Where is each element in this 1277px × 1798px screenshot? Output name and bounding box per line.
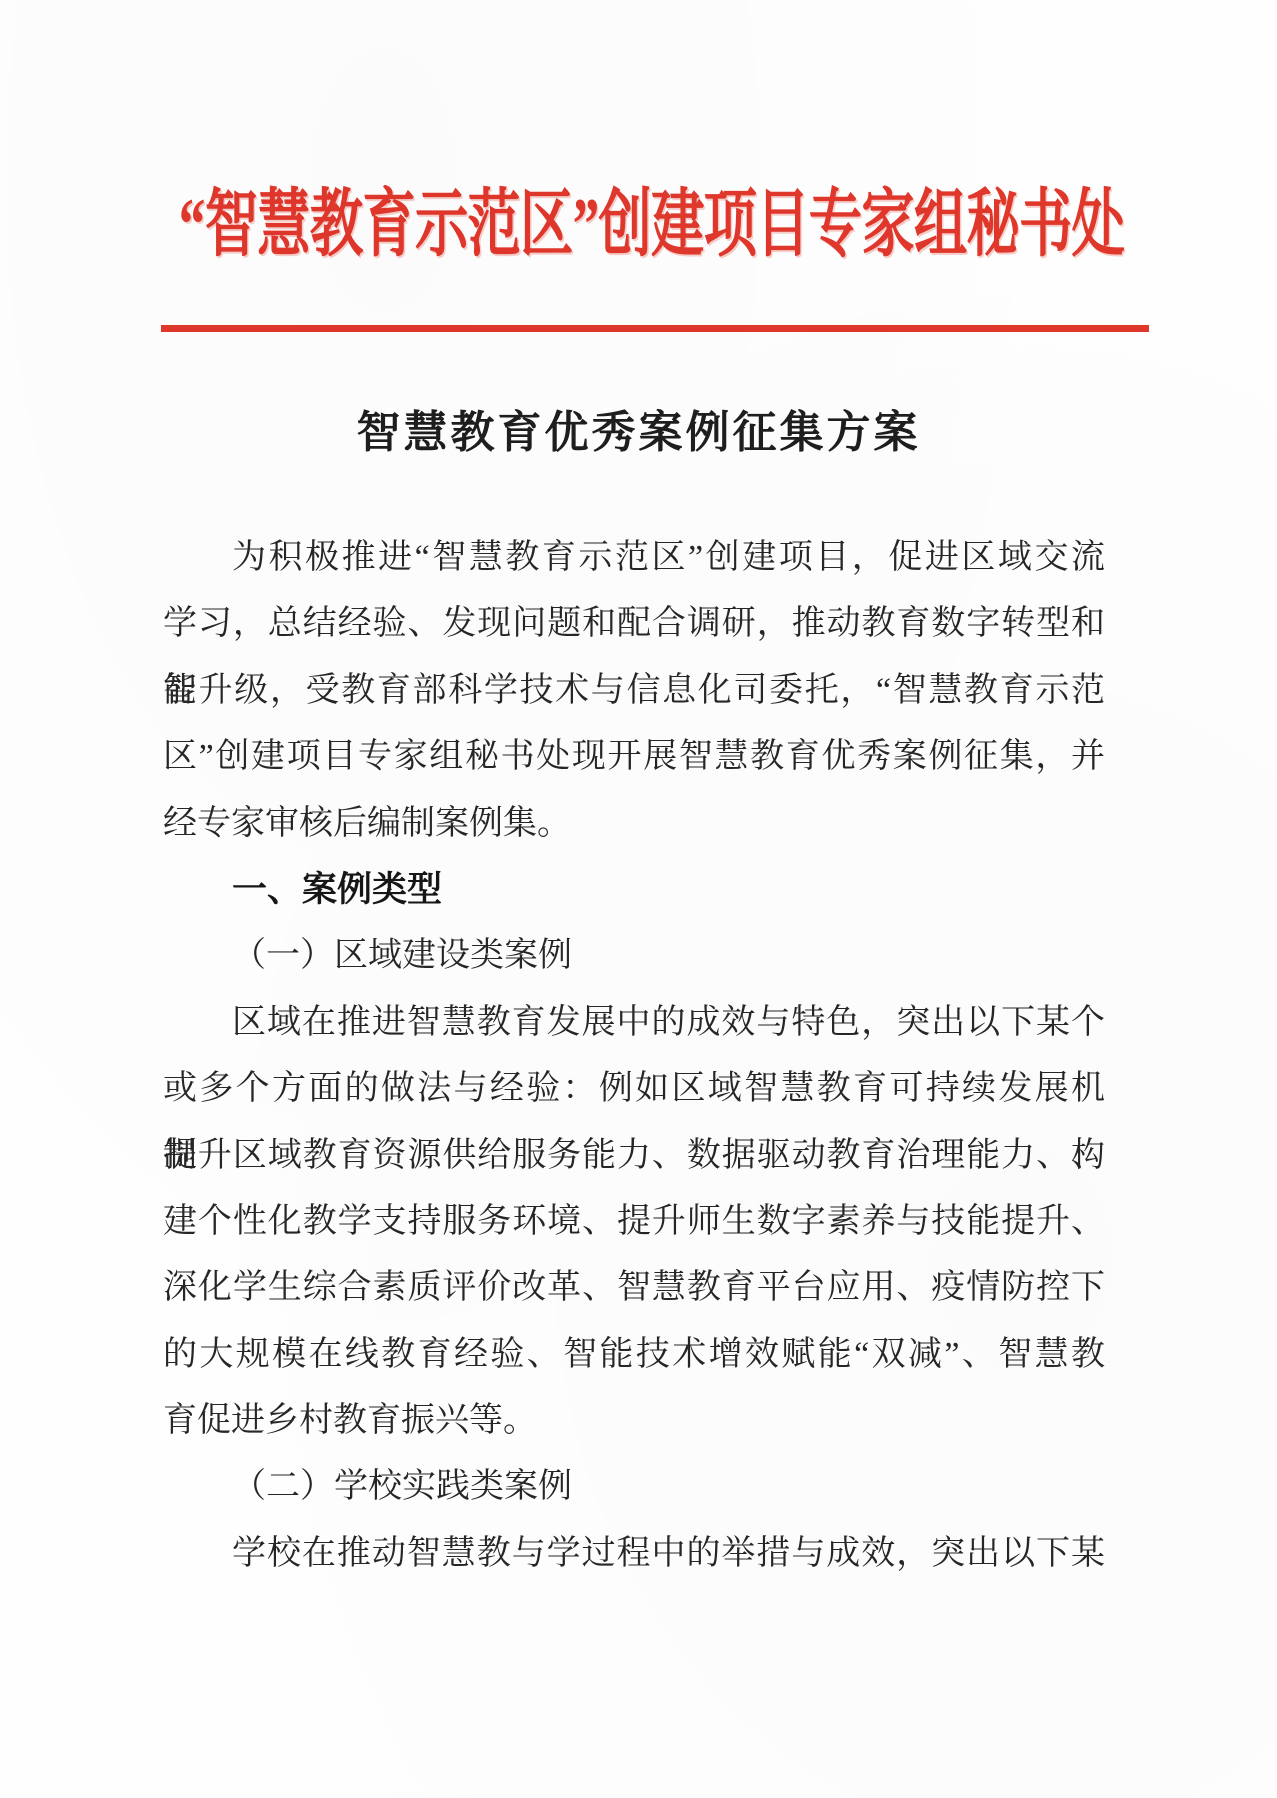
text-line: 的大规模在线教育经验、智能技术增效赋能“双减”、智慧教 bbox=[163, 1322, 1105, 1388]
document-page: “智慧教育示范区”创建项目专家组秘书处 智慧教育优秀案例征集方案 为积极推进“智… bbox=[0, 0, 1277, 1798]
text-line: 为积极推进“智慧教育示范区”创建项目，促进区域交流 bbox=[163, 525, 1105, 591]
text-line: 建个性化教学支持服务环境、提升师生数字素养与技能提升、 bbox=[163, 1189, 1105, 1255]
document-title: 智慧教育优秀案例征集方案 bbox=[0, 408, 1277, 459]
letterhead-divider bbox=[161, 325, 1149, 332]
text-line: 区”创建项目专家组秘书处现开展智慧教育优秀案例征集，并 bbox=[163, 724, 1105, 790]
text-line: （二）学校实践类案例 bbox=[163, 1454, 1105, 1520]
text-line: 或多个方面的做法与经验：例如区域智慧教育可持续发展机制、 bbox=[163, 1056, 1105, 1122]
document-body: 为积极推进“智慧教育示范区”创建项目，促进区域交流学习，总结经验、发现问题和配合… bbox=[163, 525, 1105, 1587]
letterhead-title: “智慧教育示范区”创建项目专家组秘书处 bbox=[179, 188, 1098, 262]
text-line: （一）区域建设类案例 bbox=[163, 923, 1105, 989]
text-line: 学校在推动智慧教与学过程中的举措与成效，突出以下某 bbox=[163, 1521, 1105, 1587]
text-line: 深化学生综合素质评价改革、智慧教育平台应用、疫情防控下 bbox=[163, 1255, 1105, 1321]
text-line: 学习，总结经验、发现问题和配合调研，推动教育数字转型和智 bbox=[163, 591, 1105, 657]
text-line: 提升区域教育资源供给服务能力、数据驱动教育治理能力、构 bbox=[163, 1123, 1105, 1189]
text-line: 能升级，受教育部科学技术与信息化司委托，“智慧教育示范 bbox=[163, 658, 1105, 724]
text-line: 区域在推进智慧教育发展中的成效与特色，突出以下某个 bbox=[163, 990, 1105, 1056]
section-heading: 一、案例类型 bbox=[163, 857, 1105, 923]
text-line: 育促进乡村教育振兴等。 bbox=[163, 1388, 1105, 1454]
text-line: 经专家审核后编制案例集。 bbox=[163, 791, 1105, 857]
